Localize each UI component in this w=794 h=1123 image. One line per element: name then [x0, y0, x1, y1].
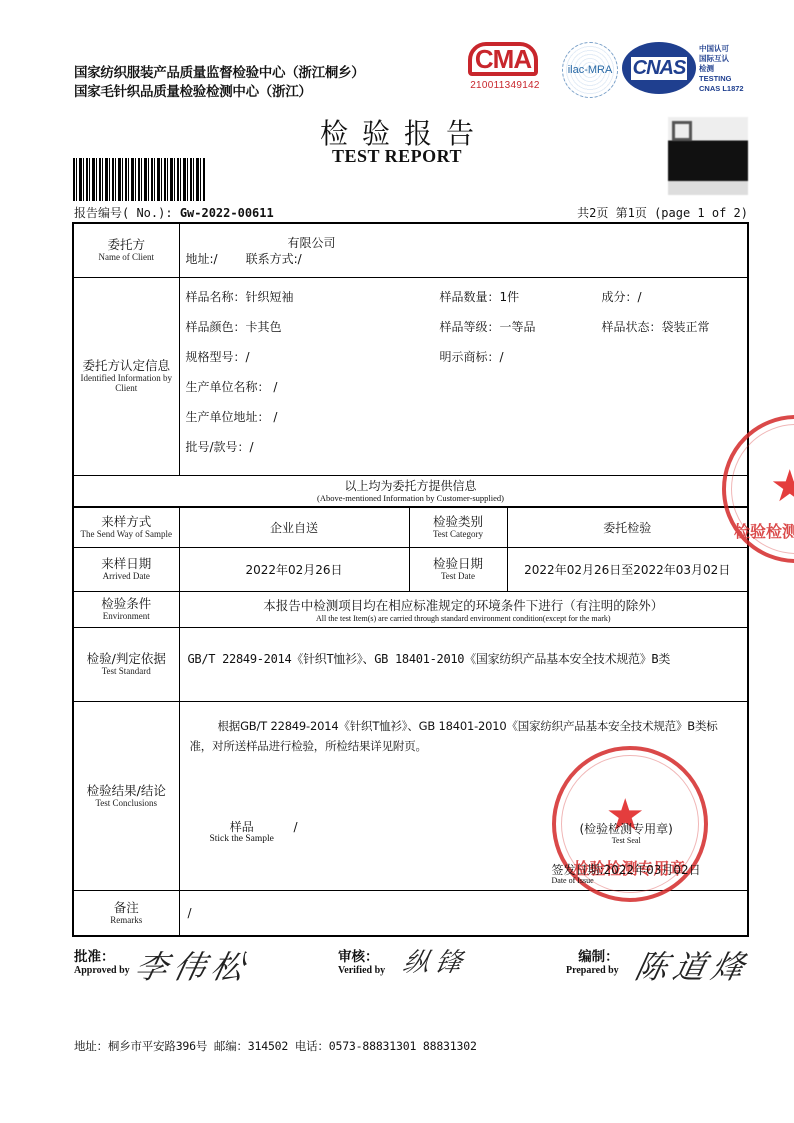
test-date-value: 2022年02月26日至2022年03月02日	[507, 547, 748, 591]
footer-address: 地址：桐乡市平安路396号 邮编：314502 电话：0573-88831301…	[74, 1038, 477, 1054]
prepared-signature-icon: 陈道烽	[631, 942, 755, 988]
client-info: 有限公司 地址:/联系方式:/	[179, 223, 748, 277]
standard-label: 检验/判定依据Test Standard	[73, 627, 179, 701]
approved-signature-icon: 李伟松	[131, 942, 255, 988]
ilac-mra-logo: ilac-MRA	[562, 42, 618, 98]
client-address: 地址:/	[186, 252, 218, 266]
barcode-icon	[73, 158, 205, 201]
approved-by: 批准：Approved by	[74, 950, 130, 976]
environment-row: 检验条件Environment 本报告中检测项目均在相应标准规定的环境条件下进行…	[73, 591, 748, 627]
client-contact: 联系方式:/	[246, 252, 302, 266]
standard-row: 检验/判定依据Test Standard GB/T 22849-2014《针织T…	[73, 627, 748, 701]
cma-logo: CMA 210011349142	[468, 42, 542, 91]
field-manufacturer-name: 生产单位名称： /	[186, 372, 748, 402]
organization-names: 国家纺织服装产品质量监督检验中心（浙江桐乡） 国家毛针织品质量检验检测中心（浙江…	[74, 64, 364, 102]
org-line-2: 国家毛针织品质量检验检测中心（浙江）	[74, 83, 364, 102]
send-way-value: 企业自送	[179, 507, 409, 547]
field-sample-name: 样品名称：针织短袖	[186, 282, 440, 312]
qr-code-icon	[668, 117, 748, 195]
cnas-caption: 中国认可 国际互认 检测 TESTING CNAS L1872	[699, 44, 744, 94]
field-batch-number: 批号/款号：/	[186, 432, 748, 462]
cnas-caption-line: 检测	[699, 64, 744, 74]
identified-label-en: Identified Information by Client	[74, 373, 179, 393]
remarks-value: /	[179, 890, 748, 936]
supplied-note-en: (Above-mentioned Information by Customer…	[74, 493, 747, 503]
field-trademark: 明示商标：/	[440, 342, 602, 372]
client-label-cn: 委托方	[74, 238, 179, 252]
arrived-date-value: 2022年02月26日	[179, 547, 409, 591]
verified-by: 审核：Verified by	[338, 950, 385, 976]
send-way-row: 来样方式The Send Way of Sample 企业自送 检验类别Test…	[73, 507, 748, 547]
environment-value: 本报告中检测项目均在相应标准规定的环境条件下进行（有注明的除外）All the …	[179, 591, 748, 627]
identified-label-cn: 委托方认定信息	[74, 359, 179, 373]
cma-number: 210011349142	[468, 80, 542, 91]
cnas-caption-line: 国际互认	[699, 54, 744, 64]
client-row: 委托方 Name of Client 有限公司 地址:/联系方式:/	[73, 223, 748, 277]
report-number-label: 报告编号( No.):	[74, 206, 180, 220]
cnas-logo: CNAS	[622, 42, 696, 94]
environment-label: 检验条件Environment	[73, 591, 179, 627]
field-sample-grade: 样品等级：一等品	[440, 312, 602, 342]
client-name: 有限公司	[288, 236, 336, 250]
verified-signature-icon: 纵锋	[400, 942, 472, 979]
standard-value: GB/T 22849-2014《针织T恤衫》、GB 18401-2010《国家纺…	[179, 627, 748, 701]
report-table: 委托方 Name of Client 有限公司 地址:/联系方式:/ 委托方认定…	[72, 222, 749, 937]
org-line-1: 国家纺织服装产品质量监督检验中心（浙江桐乡）	[74, 64, 364, 83]
test-category-label: 检验类别Test Category	[409, 507, 507, 547]
supplied-note-row: 以上均为委托方提供信息 (Above-mentioned Information…	[73, 475, 748, 507]
identified-info-row: 委托方认定信息 Identified Information by Client…	[73, 277, 748, 475]
client-label-en: Name of Client	[74, 252, 179, 262]
cma-logo-mark: CMA	[468, 42, 538, 76]
identified-info-label: 委托方认定信息 Identified Information by Client	[73, 277, 179, 475]
conclusion-text: 根据GB/T 22849-2014《针织T恤衫》、GB 18401-2010《国…	[180, 702, 748, 756]
prepared-by: 编制：Prepared by	[566, 950, 619, 976]
report-number-value: Gw-2022-00611	[180, 206, 274, 220]
cnas-text: CNAS	[631, 57, 688, 80]
cnas-caption-line: TESTING	[699, 74, 744, 84]
field-sample-status: 样品状态：袋装正常	[602, 312, 748, 342]
field-sample-color: 样品颜色：卡其色	[186, 312, 440, 342]
field-manufacturer-address: 生产单位地址： /	[186, 402, 748, 432]
field-composition: 成分：/	[602, 282, 748, 312]
conclusion-row: 检验结果/结论Test Conclusions 根据GB/T 22849-201…	[73, 701, 748, 890]
test-date-label: 检验日期Test Date	[409, 547, 507, 591]
issue-date: 签发日期:2022年03月02日 Date of Issue	[552, 864, 701, 885]
field-model: 规格型号：/	[186, 342, 440, 372]
test-category-value: 委托检验	[507, 507, 748, 547]
remarks-row: 备注Remarks /	[73, 890, 748, 936]
dates-row: 来样日期Arrived Date 2022年02月26日 检验日期Test Da…	[73, 547, 748, 591]
remarks-label: 备注Remarks	[73, 890, 179, 936]
page-info: 共2页 第1页 (page 1 of 2)	[577, 204, 748, 221]
cnas-caption-line: CNAS L1872	[699, 84, 744, 94]
send-way-label: 来样方式The Send Way of Sample	[73, 507, 179, 547]
conclusion-label: 检验结果/结论Test Conclusions	[73, 701, 179, 890]
supplied-note-cn: 以上均为委托方提供信息	[344, 479, 476, 493]
field-sample-quantity: 样品数量：1件	[440, 282, 602, 312]
sample-label: 样品Stick the Sample	[210, 820, 274, 844]
report-number: 报告编号( No.): Gw-2022-00611	[74, 204, 274, 221]
star-icon: ★	[770, 465, 794, 509]
supplied-note: 以上均为委托方提供信息 (Above-mentioned Information…	[73, 475, 748, 507]
cnas-caption-line: 中国认可	[699, 44, 744, 54]
arrived-date-label: 来样日期Arrived Date	[73, 547, 179, 591]
test-seal-label: (检验检测专用章)Test Seal	[580, 822, 673, 845]
conclusion-cell: 根据GB/T 22849-2014《针织T恤衫》、GB 18401-2010《国…	[179, 701, 748, 890]
sample-value: /	[294, 820, 298, 834]
ilac-text: ilac-MRA	[568, 64, 613, 76]
client-label: 委托方 Name of Client	[73, 223, 179, 277]
identified-info-fields: 样品名称：针织短袖 样品数量：1件 成分：/ 样品颜色：卡其色 样品等级：一等品…	[179, 277, 748, 475]
